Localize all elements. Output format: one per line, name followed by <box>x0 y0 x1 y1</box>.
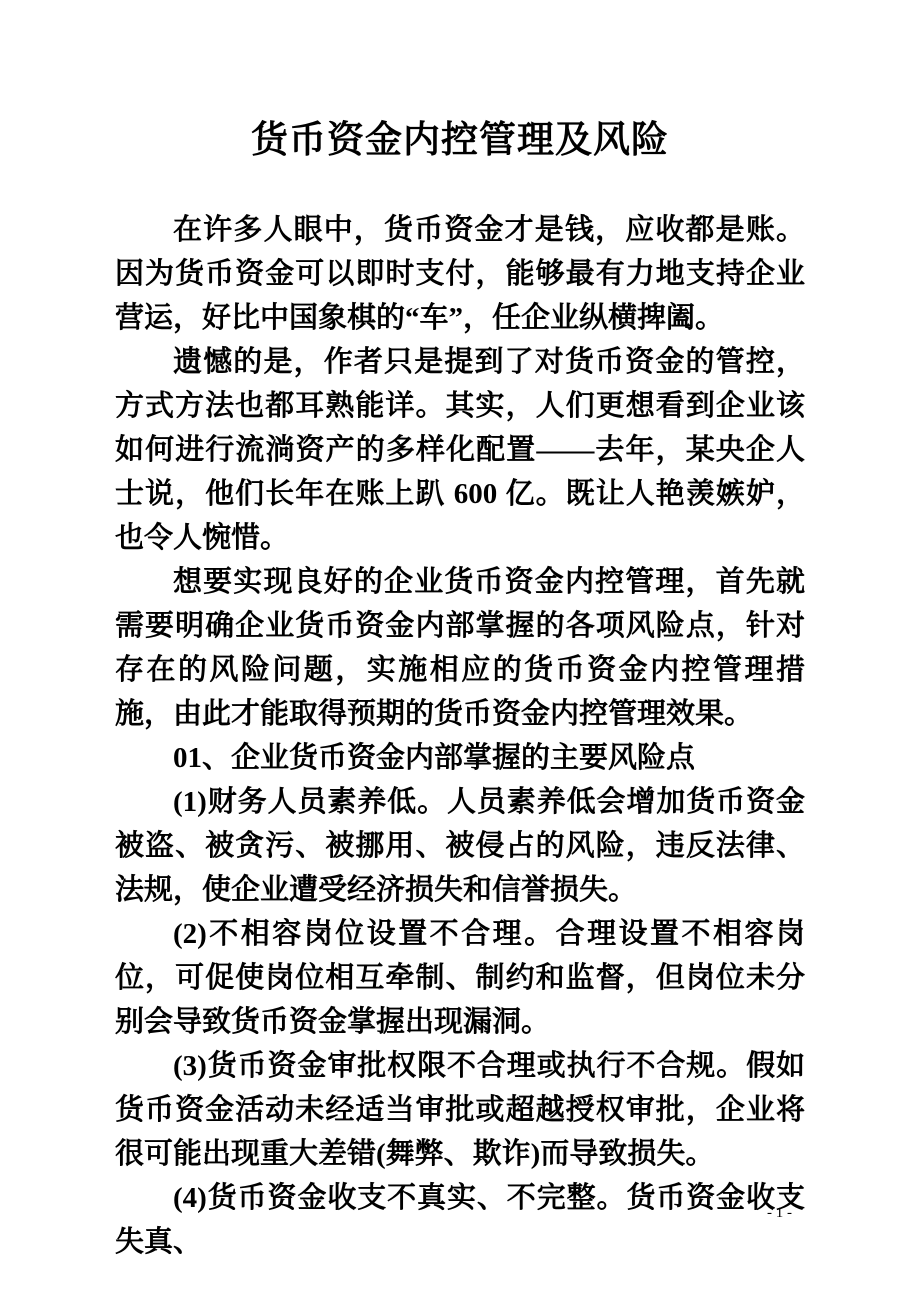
paragraph: (1)财务人员素养低。人员素养低会增加货币资金被盗、被贪污、被挪用、被侵占的风险… <box>115 780 805 912</box>
paragraph: (2)不相容岗位设置不合理。合理设置不相容岗位，可促使岗位相互牵制、制约和监督，… <box>115 912 805 1044</box>
document-page: 货币资金内控管理及风险 在许多人眼中，货币资金才是钱，应收都是账。因为货币资金可… <box>0 0 920 1302</box>
page-number: - 1 - <box>767 1203 792 1223</box>
section-heading: 01、企业货币资金内部掌握的主要风险点 <box>115 736 805 780</box>
paragraph: 遗憾的是，作者只是提到了对货币资金的管控，方式方法也都耳熟能详。其实，人们更想看… <box>115 340 805 560</box>
paragraph: (3)货币资金审批权限不合理或执行不合规。假如货币资金活动未经适当审批或超越授权… <box>115 1044 805 1176</box>
document-title: 货币资金内控管理及风险 <box>0 0 920 162</box>
paragraph: 想要实现良好的企业货币资金内控管理，首先就需要明确企业货币资金内部掌握的各项风险… <box>115 560 805 736</box>
document-body: 在许多人眼中，货币资金才是钱，应收都是账。因为货币资金可以即时支付，能够最有力地… <box>115 208 805 1264</box>
paragraph: (4)货币资金收支不真实、不完整。货币资金收支失真、 <box>115 1176 805 1264</box>
paragraph: 在许多人眼中，货币资金才是钱，应收都是账。因为货币资金可以即时支付，能够最有力地… <box>115 208 805 340</box>
